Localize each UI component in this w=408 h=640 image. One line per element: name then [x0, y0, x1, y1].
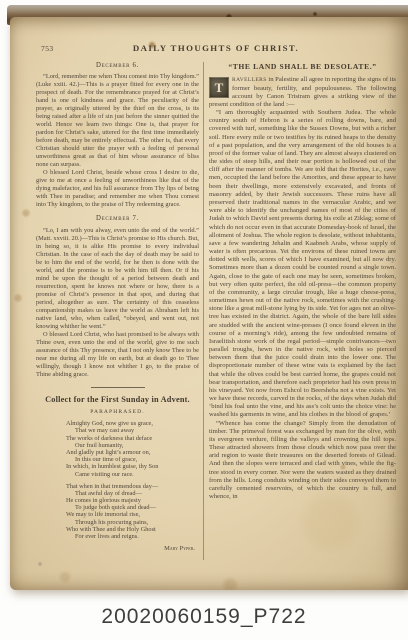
left-column: December 6. “Lord, remember me when Thou… — [36, 61, 199, 553]
hymn-line: We may to life immortal rise, — [66, 511, 199, 518]
section-divider-rule — [91, 387, 145, 388]
entry-heading-december-6: December 6. — [36, 62, 199, 70]
hymn-stanza-2: That when in that tremendous day— That a… — [66, 483, 199, 540]
prayer-december-7: O blessed Lord Christ, who hast promised… — [36, 331, 199, 379]
ornamental-initial: T — [209, 77, 229, 98]
hymn-line: Almighty God, now give us grace, — [66, 420, 199, 427]
hymn-line: Came visiting our race. — [66, 471, 199, 478]
hymn-line: In which, in humblest guise, thy Son — [66, 463, 199, 470]
article-heading: “THE LAND SHALL BE DESOLATE.” — [209, 62, 396, 71]
hymn-line: The works of darkness that deface — [66, 435, 199, 442]
hymn-line: Through his procuring pains, — [66, 519, 199, 526]
hymn-line: For ever lives and reigns. — [66, 533, 199, 540]
hymn-line: Our frail humanity, — [66, 442, 199, 449]
hymn-line: To judge both quick and dead— — [66, 504, 199, 511]
hymn-line: He comes in glorious majesty — [66, 497, 199, 504]
page-number: 753 — [41, 44, 54, 53]
entry-heading-december-7: December 7. — [36, 215, 199, 223]
two-column-layout: December 6. “Lord, remember me when Thou… — [36, 61, 396, 560]
right-column: “THE LAND SHALL BE DESOLATE.” TRAVELLERS… — [209, 61, 396, 501]
devotional-text-december-6: “Lord, remember me when Thou comest into… — [36, 73, 199, 169]
tristram-quotation-1: “I am thoroughly acquainted with Souther… — [209, 109, 396, 420]
hymn-line: Who with Thee and the Holy Ghost — [66, 526, 199, 533]
page-content: 753 DAILY THOUGHTS OF CHRIST. December 6… — [10, 17, 408, 560]
tristram-quotation-2: “Whence has come the change? Simply from… — [209, 420, 396, 502]
devotional-text-december-7: “Lo, I am with you alway, even unto the … — [36, 227, 199, 331]
author-signature: Mary Pyper. — [36, 545, 199, 553]
collect-subheading: PARAPHRASED. — [36, 409, 199, 416]
lead-small-caps: RAVELLERS — [232, 77, 267, 83]
running-head: 753 DAILY THOUGHTS OF CHRIST. — [36, 43, 396, 56]
hymn-line: That when in that tremendous day— — [66, 483, 199, 490]
running-title: DAILY THOUGHTS OF CHRIST. — [36, 43, 396, 53]
hymn-line: In this our time of grace, — [66, 456, 199, 463]
article-intro: TRAVELLERS in Palestine all agree in rep… — [209, 76, 396, 109]
collect-heading: Collect for the First Sunday in Advent. — [36, 395, 199, 405]
hymn-stanza-1: Almighty God, now give us grace, That we… — [66, 420, 199, 477]
hymn-line: And gladly put light’s armour on, — [66, 449, 199, 456]
hymn-line: That awful day of dread— — [66, 490, 199, 497]
prayer-december-6: O blessed Lord Christ, beside whose cros… — [36, 169, 199, 209]
column-divider — [203, 62, 204, 560]
hymn-line: That we may cast away — [66, 427, 199, 434]
book-page: 753 DAILY THOUGHTS OF CHRIST. December 6… — [10, 17, 408, 590]
photo-caption: 20020060159_P722 — [0, 605, 408, 629]
book-photo: 753 DAILY THOUGHTS OF CHRIST. December 6… — [0, 0, 408, 640]
